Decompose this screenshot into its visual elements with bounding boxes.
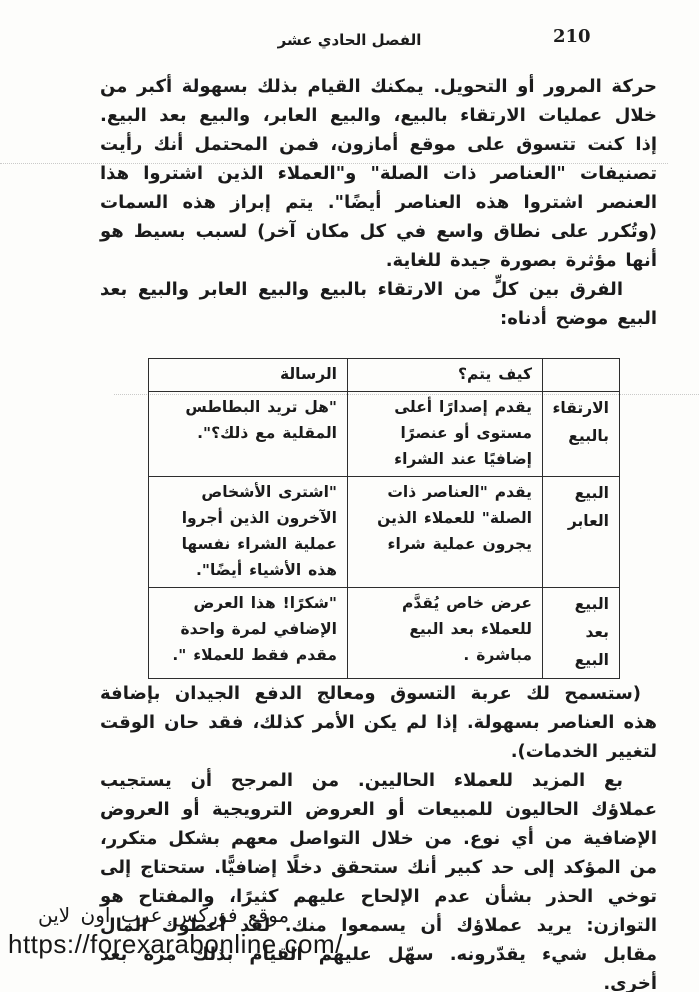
sales-types-comparison-table: كيف يتم؟ الرسالة الارتقاء بالبيع يقدم إص… — [148, 358, 620, 679]
cell-how-cross-sell: يقدم "العناصر ذات الصلة" للعملاء الذين ي… — [348, 477, 543, 588]
watermark: موقع فوركس عرب اون لاين https://forexara… — [8, 901, 343, 959]
page-body: حركة المرور أو التحويل. يمكنك القيام بذل… — [100, 72, 657, 992]
watermark-site-name: موقع فوركس عرب اون لاين — [38, 901, 343, 929]
scanned-book-page: الفصل الحادي عشر 210 حركة المرور أو التح… — [0, 0, 699, 992]
cell-message-post-sale: "شكرًا! هذا العرض الإضافي لمرة واحدة مقد… — [149, 588, 348, 679]
paragraph-upsell-intro: حركة المرور أو التحويل. يمكنك القيام بذل… — [100, 72, 657, 275]
table-row-post-sale: البيع بعد البيع عرض خاص يُقدَّم للعملاء … — [149, 588, 620, 679]
cell-category-cross-sell: البيع العابر — [543, 477, 620, 588]
cell-how-post-sale: عرض خاص يُقدَّم للعملاء بعد البيع مباشرة… — [348, 588, 543, 679]
chapter-title: الفصل الحادي عشر — [0, 31, 699, 49]
page-number: 210 — [553, 26, 591, 47]
paragraph-difference-note: الفرق بين كلٍّ من الارتقاء بالبيع والبيع… — [100, 275, 657, 333]
header-cell-how: كيف يتم؟ — [348, 359, 543, 392]
paragraph-sell-more-lead: بع المزيد للعملاء الحاليين. — [358, 770, 623, 791]
running-head: الفصل الحادي عشر 210 — [0, 26, 699, 52]
cell-how-upsell: يقدم إصدارًا أعلى مستوى أو عنصرًا إضافيً… — [348, 392, 543, 477]
cell-category-upsell: الارتقاء بالبيع — [543, 392, 620, 477]
table-header-row: كيف يتم؟ الرسالة — [149, 359, 620, 392]
header-cell-message: الرسالة — [149, 359, 348, 392]
header-cell-category — [543, 359, 620, 392]
table-row-cross-sell: البيع العابر يقدم "العناصر ذات الصلة" لل… — [149, 477, 620, 588]
table-row-upsell: الارتقاء بالبيع يقدم إصدارًا أعلى مستوى … — [149, 392, 620, 477]
watermark-site-url: https://forexarabonline.com/ — [8, 929, 343, 959]
cell-message-cross-sell: "اشترى الأشخاص الآخرون الذين أجروا عملية… — [149, 477, 348, 588]
cell-message-upsell: "هل تريد البطاطس المقلية مع ذلك؟". — [149, 392, 348, 477]
paragraph-cart-note: (ستسمح لك عربة التسوق ومعالج الدفع الجيد… — [100, 679, 657, 766]
cell-category-post-sale: البيع بعد البيع — [543, 588, 620, 679]
